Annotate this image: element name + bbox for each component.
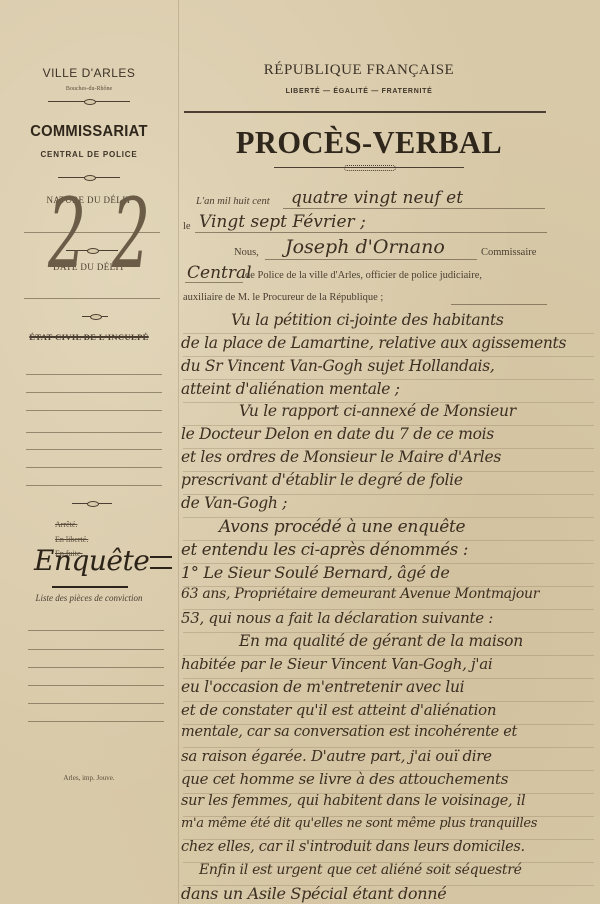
field-rule [24, 298, 160, 299]
field-rule [28, 703, 164, 704]
handwritten-mark: 2 [112, 187, 150, 283]
document-page: VILLE D'ARLES Bouches-du-Rhône COMMISSAR… [0, 0, 600, 904]
etat-civil-label: ÉTAT CIVIL DE L'INCULPÉ [0, 332, 178, 342]
title-ornament [274, 167, 464, 168]
field-rule [26, 467, 162, 468]
nous-label: Nous, [234, 247, 259, 258]
field-rule [28, 649, 164, 650]
commissaire-label: Commissaire [481, 247, 536, 258]
field-rule [26, 449, 162, 450]
body-line: que cet homme se livre à des attouchemen… [181, 770, 508, 788]
ornament-divider [82, 316, 108, 317]
main-column: RÉPUBLIQUE FRANÇAISE LIBERTÉ — ÉGALITÉ —… [179, 0, 600, 904]
body-line: Avons procédé à une enquête [219, 517, 465, 537]
double-dash-mark [150, 556, 172, 569]
body-line: de Van-Gogh ; [181, 494, 287, 512]
status-en-liberte: En liberté. [55, 535, 88, 544]
year-label: L'an mil huit cent [196, 196, 270, 207]
body-line: sur les femmes, qui habitent dans le voi… [181, 793, 525, 809]
republic-motto: LIBERTÉ — ÉGALITÉ — FRATERNITÉ [179, 88, 539, 95]
rank-suffix: de Police de la ville d'Arles, officier … [245, 270, 482, 281]
body-line: Vu la pétition ci-jointe des habitants [231, 311, 504, 329]
field-rule [28, 685, 164, 686]
nature-du-delit-label: NATURE DU DÉLIT [0, 195, 178, 205]
year-value: quatre vingt neuf et [291, 188, 463, 208]
city-label: VILLE D'ARLES [0, 66, 178, 80]
body-line: prescrivant d'établir le degré de folie [181, 471, 463, 489]
body-line: sa raison égarée. D'autre part, j'ai ouï… [181, 747, 492, 765]
body-line: chez elles, car il s'introduit dans leur… [181, 839, 525, 855]
body-line: 63 ans, Propriétaire demeurant Avenue Mo… [181, 586, 539, 602]
officer-name: Joseph d'Ornano [285, 236, 445, 258]
field-rule [26, 374, 162, 375]
handwritten-enquete: Enquête [34, 544, 149, 577]
left-margin-column: VILLE D'ARLES Bouches-du-Rhône COMMISSAR… [0, 0, 178, 904]
body-line: atteint d'aliénation mentale ; [181, 380, 400, 398]
ornament-divider [58, 177, 120, 178]
body-line: eu l'occasion de m'entretenir avec lui [181, 678, 464, 696]
body-line: Enfin il est urgent que cet aliéné soit … [199, 862, 522, 878]
body-line: et les ordres de Monsieur le Maire d'Arl… [181, 448, 501, 466]
underline-mark [52, 586, 128, 588]
office-subtitle: CENTRAL DE POLICE [0, 150, 178, 159]
document-title: PROCÈS-VERBAL [189, 124, 550, 161]
body-line: dans un Asile Spécial étant donné [181, 884, 446, 903]
header-rule [184, 111, 546, 113]
printer-imprint: Arles, imp. Jouve. [0, 774, 178, 782]
office-title: COMMISSARIAT [7, 123, 171, 141]
field-rule [26, 485, 162, 486]
status-arrete: Arrêté. [55, 520, 77, 529]
rank-fill-rule [185, 282, 243, 283]
date-prefix: le [183, 221, 191, 232]
auxiliaire-fill-rule [451, 304, 547, 305]
body-line: de la place de Lamartine, relative aux a… [181, 334, 566, 352]
body-line: m'a même été dit qu'elles ne sont même p… [181, 816, 537, 831]
ornament-divider [72, 503, 112, 504]
body-line: En ma qualité de gérant de la maison [239, 632, 523, 650]
rank-value: Central [187, 263, 252, 283]
handwritten-mark: 2 [48, 187, 86, 283]
body-line: et de constater qu'il est atteint d'alié… [181, 701, 496, 719]
year-fill-rule [283, 208, 545, 209]
department-label: Bouches-du-Rhône [0, 86, 178, 92]
body-line: et entendu les ci-après dénommés : [181, 540, 468, 559]
field-rule [28, 721, 164, 722]
body-line: 1° Le Sieur Soulé Bernard, âgé de [181, 563, 450, 582]
body-line: mentale, car sa conversation est incohér… [181, 724, 517, 740]
date-fill-rule [195, 232, 547, 233]
date-du-delit-label: DATE DU DÉLIT [0, 262, 178, 272]
body-line: habitée par le Sieur Vincent Van-Gogh, j… [181, 655, 492, 673]
field-rule [28, 667, 164, 668]
body-line: du Sr Vincent Van-Gogh sujet Hollandais, [181, 357, 494, 375]
field-rule [26, 432, 162, 433]
body-line: le Docteur Delon en date du 7 de ce mois [181, 425, 494, 443]
field-rule [26, 392, 162, 393]
name-fill-rule [265, 259, 477, 260]
body-line: 53, qui nous a fait la déclaration suiva… [181, 609, 493, 627]
republic-heading: RÉPUBLIQUE FRANÇAISE [179, 62, 539, 79]
auxiliaire-label: auxiliaire de M. le Procureur de la Répu… [183, 292, 383, 303]
field-rule [28, 630, 164, 631]
body-line: Vu le rapport ci-annexé de Monsieur [239, 402, 516, 420]
date-value: Vingt sept Février ; [199, 212, 366, 232]
liste-pieces-label: Liste des pièces de conviction [0, 593, 178, 603]
ornament-divider [48, 101, 130, 102]
field-rule [26, 410, 162, 411]
